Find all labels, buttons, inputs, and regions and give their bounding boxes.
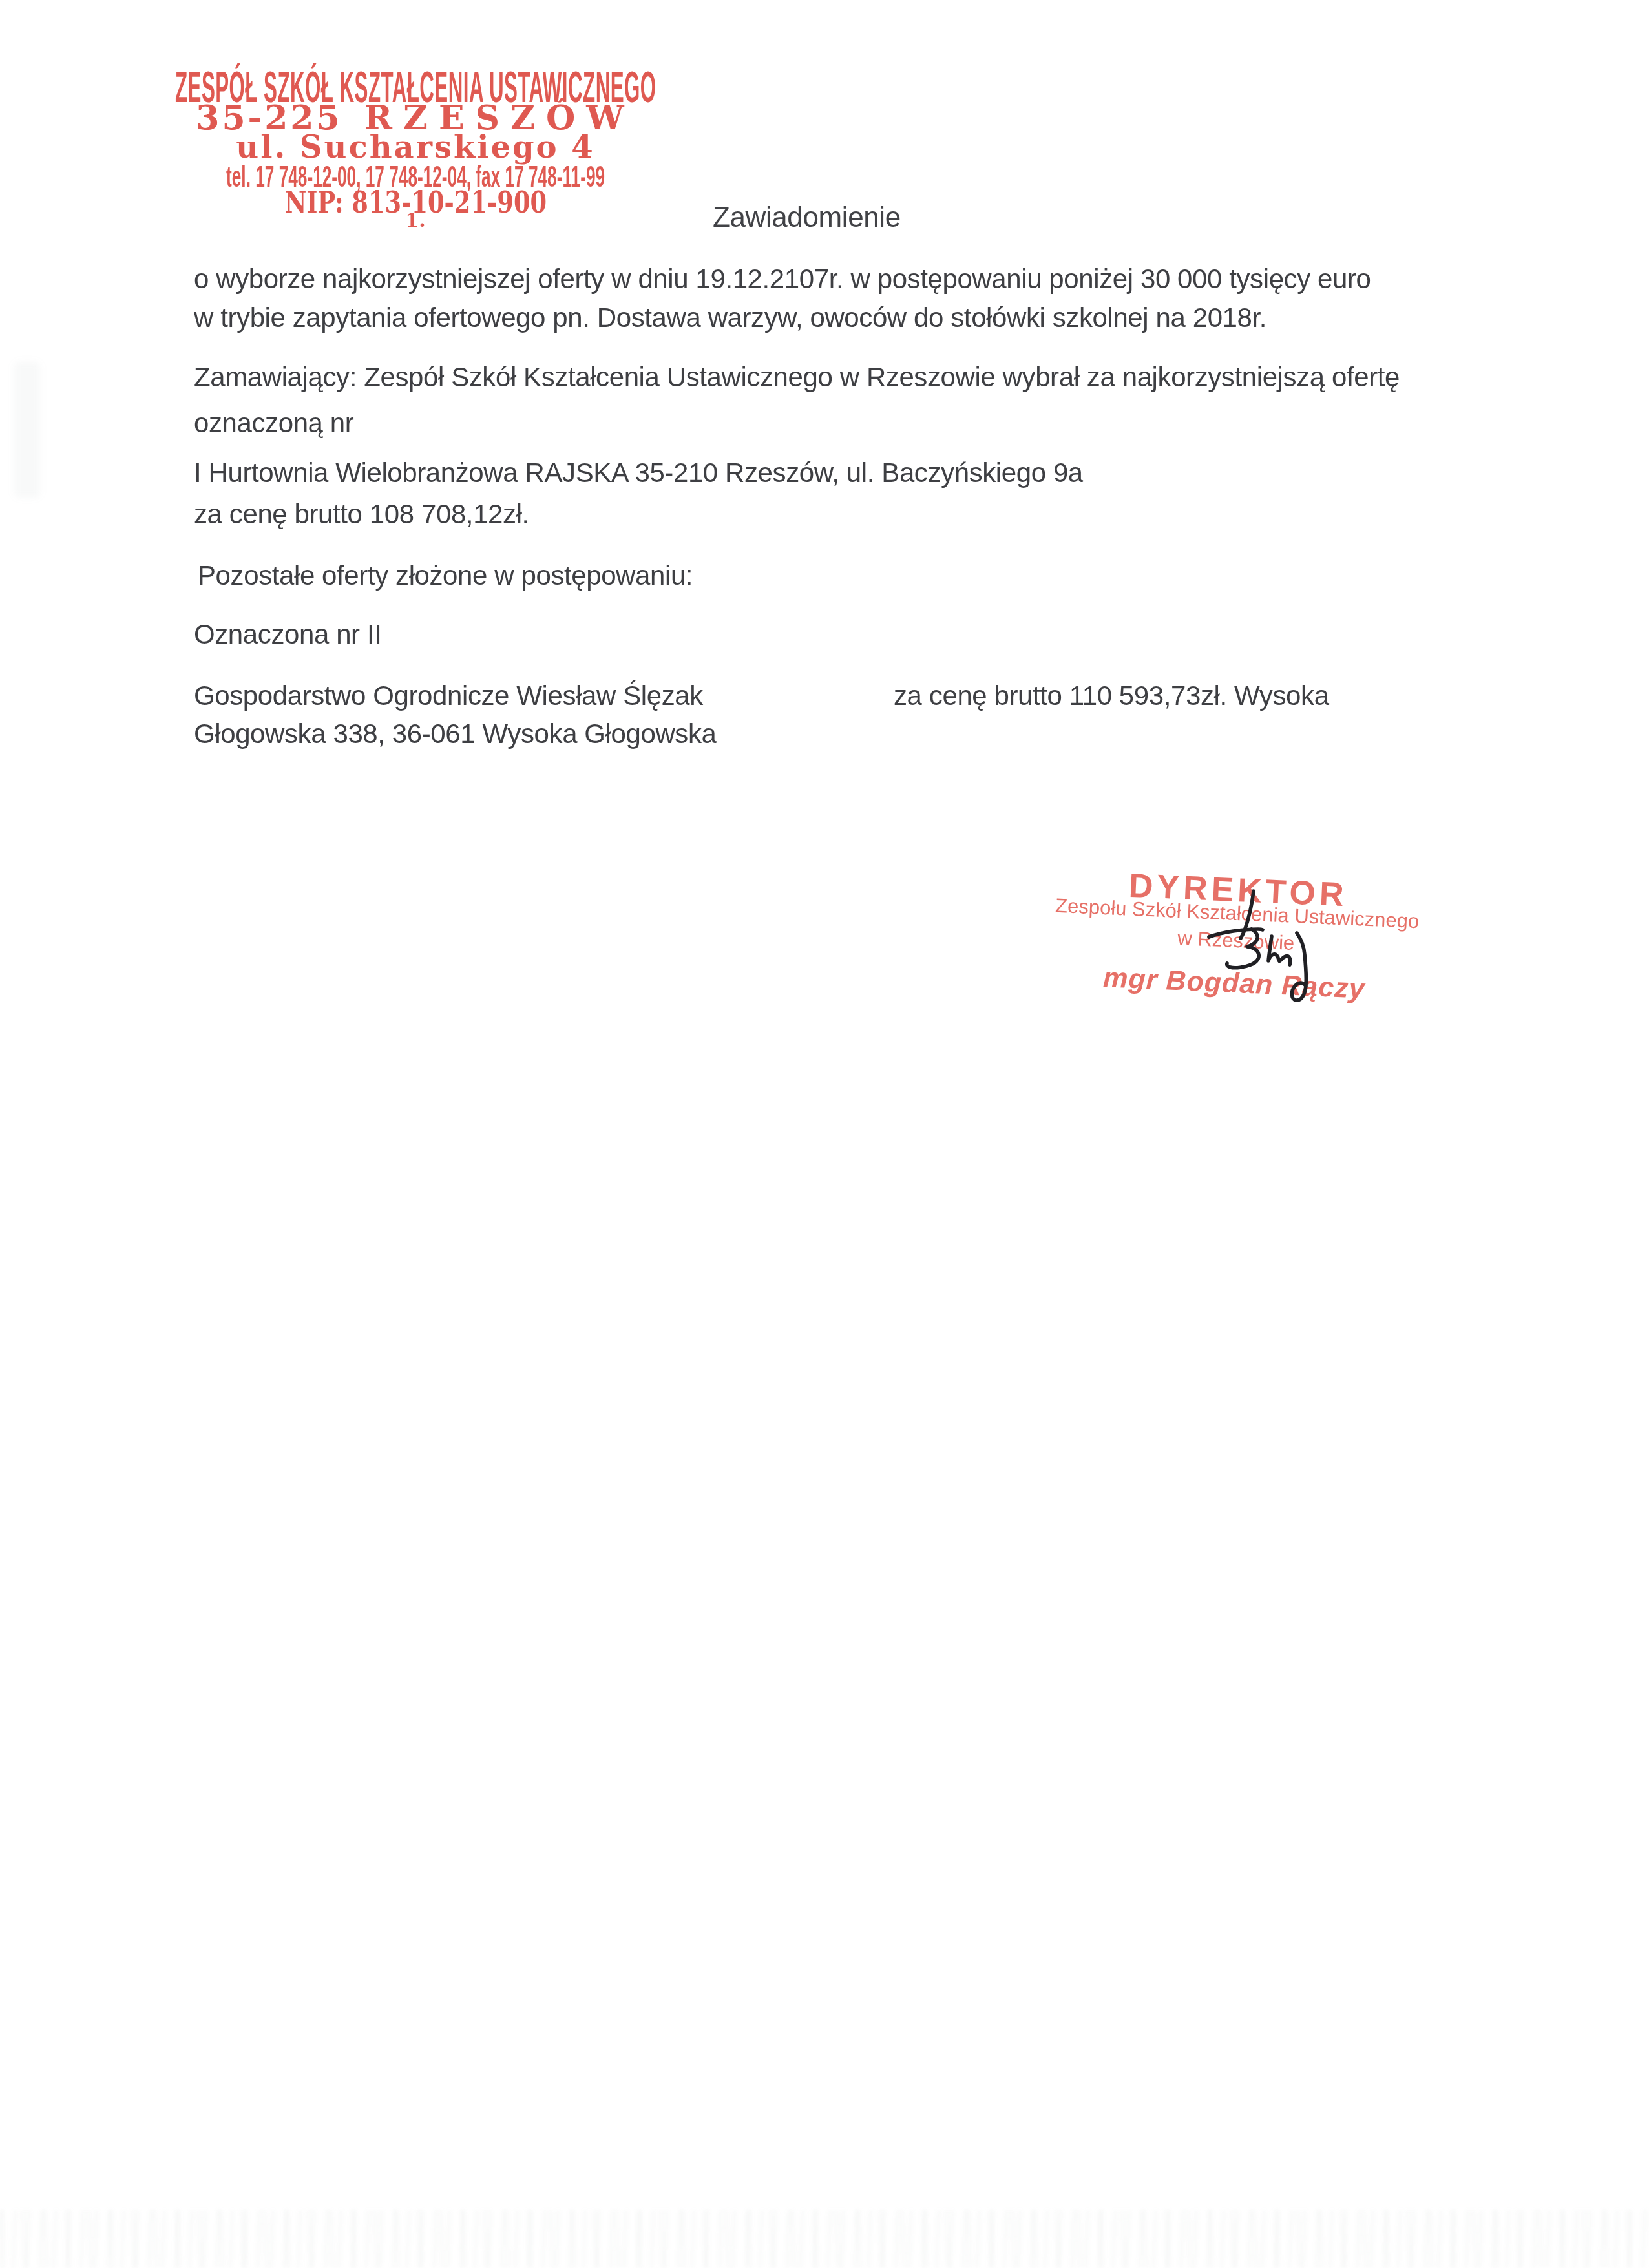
school-header-stamp: ZESPÓŁ SZKÓŁ KSZTAŁCENIA USTAWICZNEGO 35…: [186, 62, 645, 256]
scan-artifact: [0, 2210, 1649, 2268]
selection-paragraph-line: Zamawiający: Zespół Szkół Kształcenia Us…: [194, 362, 1400, 393]
other-offers-heading: Pozostałe oferty złożone w postępowaniu:: [198, 560, 693, 591]
selection-paragraph-line: oznaczoną nr: [194, 408, 353, 439]
offer2-label: Oznaczona nr II: [194, 619, 381, 650]
handwritten-signature: [1188, 889, 1381, 1135]
offer2-price: za cenę brutto 110 593,73zł. Wysoka: [894, 680, 1329, 711]
winner-price-line: za cenę brutto 108 708,12zł.: [194, 499, 529, 530]
intro-paragraph-line: w trybie zapytania ofertowego pn. Dostaw…: [194, 302, 1266, 333]
offer2-address: Głogowska 338, 36-061 Wysoka Głogowska: [194, 719, 717, 750]
document-page: ZESPÓŁ SZKÓŁ KSZTAŁCENIA USTAWICZNEGO 35…: [0, 0, 1649, 2268]
offer2-name: Gospodarstwo Ogrodnicze Wiesław Ślęzak: [194, 680, 703, 711]
stamp-footnote-text: 1.: [405, 209, 425, 232]
document-title: Zawiadomienie: [713, 202, 901, 235]
stamp-footnote: 1.: [186, 209, 645, 232]
scanned-letter-page: { "colors": { "header_stamp_red": "#dd4d…: [0, 0, 1649, 2268]
intro-paragraph-line: o wyborze najkorzystniejszej oferty w dn…: [194, 264, 1371, 295]
winner-name-line: I Hurtownia Wielobranżowa RAJSKA 35-210 …: [194, 457, 1083, 488]
scan-artifact: [14, 362, 40, 498]
